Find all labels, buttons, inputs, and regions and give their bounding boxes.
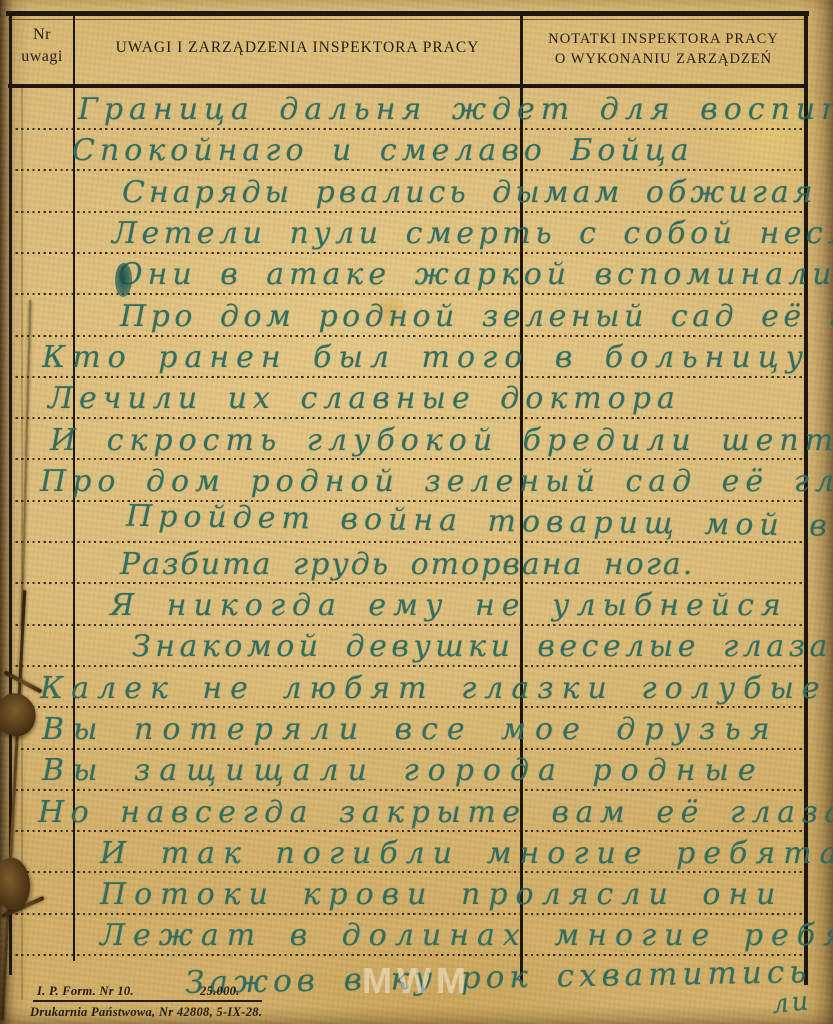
- handwritten-line: Потоки крови пролясли они: [100, 877, 783, 912]
- header-nr-line1: Nr: [10, 24, 74, 46]
- table-border-top-inner: [8, 19, 807, 20]
- ruled-line: [10, 376, 807, 378]
- ruled-line: [10, 624, 807, 626]
- ruled-line: [10, 211, 807, 213]
- header-cell-notatki: NOTATKI INSPEKTORA PRACY O WYKONANIU ZAR…: [521, 30, 806, 69]
- binding-thread-knot: [0, 689, 42, 741]
- header-uwagi-title: UWAGI I ZARZĄDZENIA INSPEKTORA PRACY: [74, 38, 521, 59]
- handwritten-line: Летели пули смерть с собой несли: [112, 216, 833, 251]
- ruled-line: [10, 293, 807, 295]
- handwritten-line: И скрость глубокой бредили шептали: [50, 423, 833, 458]
- handwritten-line: И так погибли многие ребята: [100, 836, 833, 871]
- footer-printer-line: Drukarnia Państwowa, Nr 42808, 5-IX-28.: [30, 1005, 262, 1020]
- ruled-line: [10, 335, 807, 337]
- handwritten-line: Вы защищали города родные: [42, 753, 765, 788]
- footer-edition-count: 25.000.: [200, 984, 240, 999]
- handwritten-line: Снаряды рвались дымам обжигая: [122, 175, 817, 210]
- handwritten-line: ли: [771, 986, 813, 1020]
- handwritten-line: Про дом родной зеленый сад её глаза: [120, 299, 833, 334]
- handwritten-line: Но навсегда закрыте вам её глаза: [38, 795, 833, 830]
- header-notatki-line2: O WYKONANIU ZARZĄDZEŃ: [521, 50, 806, 70]
- handwritten-line: Лежат в долинах многие ребята: [100, 918, 833, 953]
- header-cell-uwagi: UWAGI I ZARZĄDZENIA INSPEKTORA PRACY: [74, 38, 521, 59]
- footer-underline: [33, 1000, 262, 1002]
- scanned-inspector-form-page: Nr uwagi UWAGI I ZARZĄDZENIA INSPEKTORA …: [0, 0, 833, 1024]
- ruled-line: [10, 252, 807, 254]
- header-cell-nr: Nr uwagi: [10, 24, 74, 67]
- header-nr-line2: uwagi: [10, 46, 74, 68]
- watermark-text: MWM: [362, 960, 471, 1002]
- ruled-line: [10, 913, 807, 915]
- handwritten-line: Про дом родной зеленый сад её глаза: [40, 464, 833, 499]
- ruled-line: [10, 871, 807, 873]
- ruled-line: [10, 706, 807, 708]
- ruled-line: [10, 458, 807, 460]
- ruled-line: [10, 582, 807, 584]
- ruled-line: [10, 169, 807, 171]
- footer-form-number: I. P. Form. Nr 10.: [37, 984, 134, 999]
- ruled-line: [10, 665, 807, 667]
- ruled-line: [10, 830, 807, 832]
- handwritten-line: Разбита грудь оторвана нога.: [120, 547, 694, 582]
- ruled-line: [10, 748, 807, 750]
- handwritten-line: Спокойнаго и смелаво Бойца: [72, 133, 694, 168]
- ruled-line: [10, 417, 807, 419]
- handwritten-line: Знакомой девушки веселые глаза.: [132, 629, 833, 664]
- handwritten-line: Пройдет война товарищ мой вернешся: [126, 499, 833, 546]
- handwritten-line: Я никогда ему не улыбнейся: [110, 588, 788, 623]
- header-separator: [8, 84, 807, 88]
- handwritten-line: Калек не любят глазки голубые: [40, 671, 828, 706]
- handwritten-line: Лечили их славные доктора: [48, 381, 681, 416]
- table-border-top: [6, 11, 809, 16]
- handwritten-line: Вы потеряли все мое друзья: [42, 712, 779, 747]
- ruled-line: [10, 789, 807, 791]
- ruled-line: [10, 128, 807, 130]
- handwritten-line: Они в атаке жаркой вспоминали: [118, 257, 833, 292]
- header-notatki-line1: NOTATKI INSPEKTORA PRACY: [521, 30, 806, 50]
- handwritten-line: Кто ранен был того в больницу взяли: [42, 340, 833, 375]
- handwritten-line: Граница дальня ждет для воспитания: [78, 92, 833, 127]
